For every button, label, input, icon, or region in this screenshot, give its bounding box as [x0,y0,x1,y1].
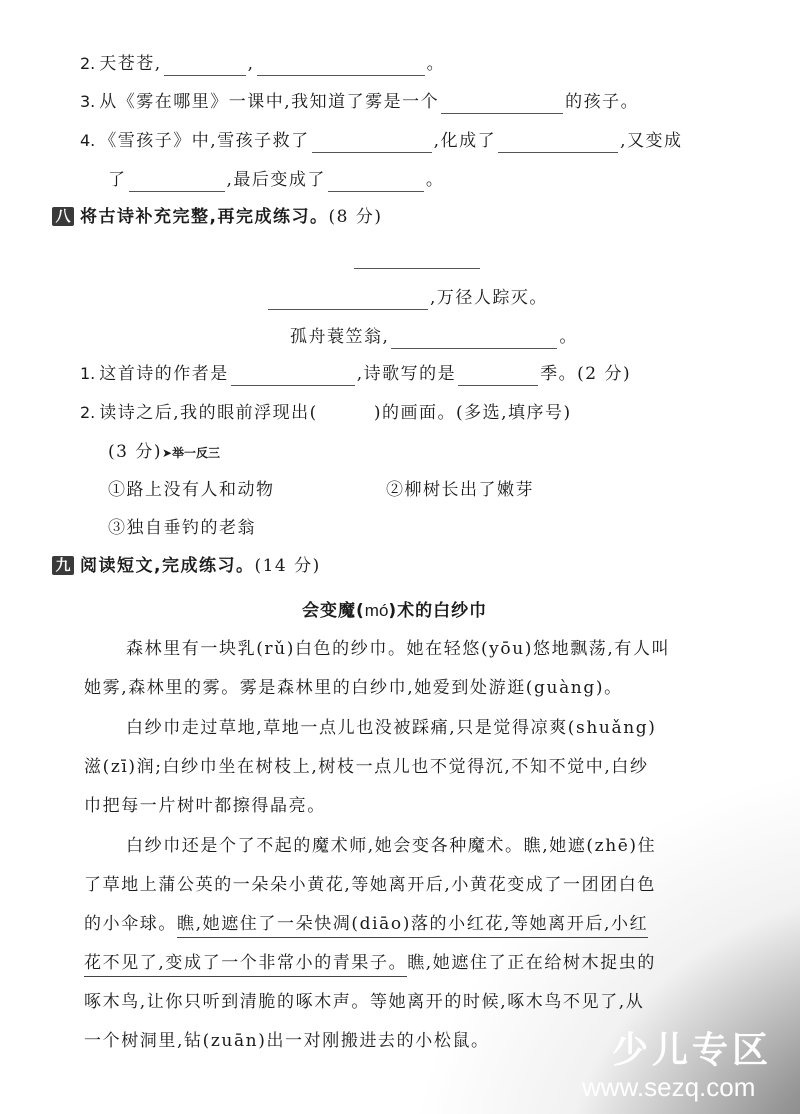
practice-tag: ➤举一反三 [162,446,220,460]
section-8-heading: 八将古诗补充完整,再完成练习。(8 分) [52,205,382,229]
passage-line: 滋(zī)润;白纱巾坐在树枝上,树枝一点儿也不觉得沉,不知不觉中,白纱 [84,752,649,777]
poem-line-2: ,万径人踪灭。 [266,286,548,310]
poem-line-3: 孤舟蓑笠翁,。 [290,325,578,349]
passage-line: 巾把每一片树叶都擦得晶亮。 [84,791,326,816]
section-9-heading: 九阅读短文,完成练习。(14 分) [52,554,321,578]
poem-blank[interactable] [391,330,557,349]
answer-blank[interactable] [129,173,225,192]
answer-blank[interactable] [441,95,563,114]
poem-blank[interactable] [268,291,428,310]
answer-blank[interactable] [164,57,246,76]
answer-blank[interactable] [231,367,355,386]
passage-line: 森林里有一块乳(rǔ)白色的纱巾。她在轻悠(yōu)悠地飘荡,有人叫 [126,634,670,659]
poem-title-blank[interactable] [354,250,480,269]
answer-blank[interactable] [458,367,538,386]
section-number-badge: 八 [52,207,74,226]
answer-blank[interactable] [312,134,432,153]
watermark-url: www.sezq.com [582,1072,755,1103]
option-1: ①路上没有人和动物 [108,478,275,502]
passage-line: 的小伞球。瞧,她遮住了一朵快凋(diāo)落的小红花,等她离开后,小红 [84,909,648,934]
passage-title: 会变魔(mó)术的白纱巾 [302,596,487,621]
question-4: 4.《雪孩子》中,雪孩子救了,化成了,又变成 [80,129,682,153]
passage-line: 了草地上蒲公英的一朵朵小黄花,等她离开后,小黄花变成了一团团白色 [84,870,656,895]
underlined-sentence: 花不见了,变成了一个非常小的青果子。 [84,953,407,977]
question-3: 3.从《雾在哪里》一课中,我知道了雾是一个的孩子。 [80,90,639,114]
question-4-cont: 了,最后变成了。 [108,168,444,192]
passage-line: 花不见了,变成了一个非常小的青果子。瞧,她遮住了正在给树木捉虫的 [84,948,656,973]
watermark-logo: 少儿专区 [612,1022,772,1073]
option-2: ②柳树长出了嫩芽 [386,478,534,502]
answer-blank[interactable] [328,173,424,192]
section-8-question-2: 2.读诗之后,我的眼前浮现出()的画面。(多选,填序号) [80,401,572,425]
section-number-badge: 九 [52,556,74,575]
passage-line: 啄木鸟,让你只听到清脆的啄木声。等她离开的时候,啄木鸟不见了,从 [84,987,644,1012]
underlined-sentence: 瞧,她遮住了一朵快凋(diāo)落的小红花,等她离开后,小红 [177,914,648,938]
answer-blank[interactable] [498,134,618,153]
option-3: ③独自垂钓的老翁 [108,516,256,540]
answer-blank[interactable] [257,57,425,76]
section-8-question-1: 1.这首诗的作者是,诗歌写的是季。(2 分) [80,362,631,386]
passage-line: 她雾,森林里的雾。雾是森林里的白纱巾,她爱到处游逛(guàng)。 [84,673,623,698]
passage-line: 白纱巾还是个了不起的魔术师,她会变各种魔术。瞧,她遮(zhē)住 [126,831,656,856]
passage-line: 白纱巾走过草地,草地一点儿也没被踩痛,只是觉得凉爽(shuǎng) [126,713,656,738]
question-2: 2.天苍苍,,。 [80,52,445,76]
section-8-question-2-score: (3 分)➤举一反三 [108,440,220,465]
passage-line: 一个树洞里,钻(zuān)出一对刚搬进去的小松鼠。 [84,1026,490,1051]
